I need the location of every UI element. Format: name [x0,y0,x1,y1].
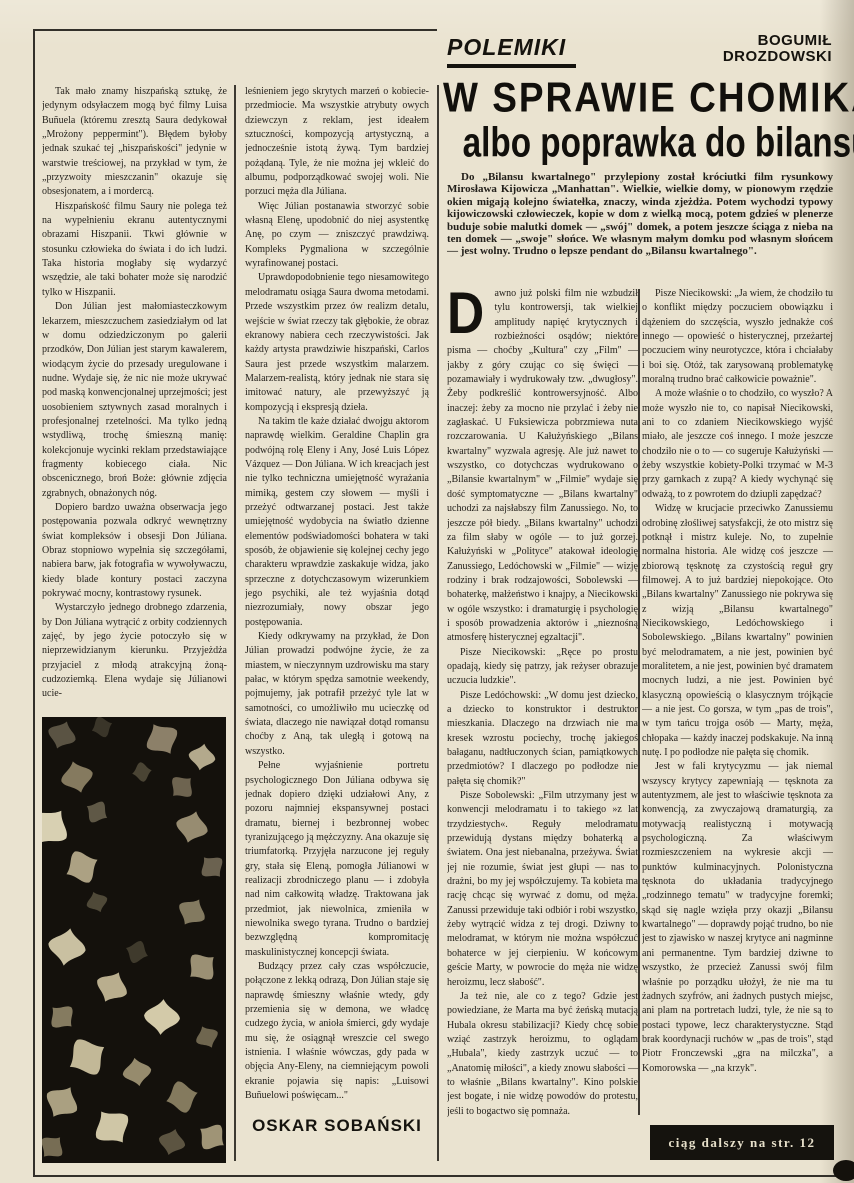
paragraph: Pisze Sobolewski: „Film utrzymany jest w… [447,789,638,990]
page-corner-dot [833,1160,854,1181]
leaves-photo [42,717,226,1163]
paragraph: A może właśnie o to chodziło, co wyszło?… [642,387,833,502]
page-frame-left [33,29,35,1177]
drop-cap: D [447,290,484,336]
paragraph: Ja też nie, ale co z tego? Gdzie jest po… [447,990,638,1119]
left-article-column-1: Tak mało znamy hiszpańską sztukę, że jed… [42,85,227,715]
lead-paragraph: Dawno już polski film nie wzbudził tylu … [447,287,638,646]
paragraph: Kiedy odkrywamy na przykład, że Don Júli… [245,630,429,759]
headline-line2: albo poprawka do bilansu [463,117,816,169]
leaves-photo-art [42,717,226,1163]
author-last-name: DROZDOWSKI [723,49,832,65]
continuation-notice: ciąg dalszy na str. 12 [650,1125,834,1160]
author-first-name: BOGUMIŁ [723,33,832,49]
author-byline: BOGUMIŁ DROZDOWSKI [723,33,832,65]
intro-paragraph: Do „Bilansu kwartalnego" przylepiony zos… [447,171,833,258]
paragraph: Wystarczyło jednego drobnego zdarzenia, … [42,601,227,701]
column-rule-right [638,289,640,1115]
paragraph: Don Júlian jest małomiasteczkowym lekarz… [42,300,227,501]
left-article-signature: OSKAR SOBAŃSKI [245,1116,429,1136]
column-rule-left [234,85,236,1161]
article-headline: W SPRAWIE CHOMIKA albo poprawka do bilan… [443,76,835,166]
section-label: POLEMIKI [447,34,576,68]
column-rule-center [437,85,439,1161]
article-intro: Do „Bilansu kwartalnego" przylepiony zos… [447,171,833,283]
magazine-page: POLEMIKI BOGUMIŁ DROZDOWSKI W SPRAWIE CH… [0,0,854,1183]
right-article-column-1: Dawno już polski film nie wzbudził tylu … [447,287,638,1163]
paragraph: Na takim tle każe działać dwojgu aktorom… [245,415,429,630]
right-article-column-2: Pisze Niecikowski: „Ja wiem, że chodziło… [642,287,833,1119]
paragraph: Widzę w krucjacie przeciwko Zanussiemu o… [642,502,833,760]
paragraph: Pełne wyjaśnienie portretu psychologiczn… [245,759,429,960]
paragraph: Pisze Niecikowski: „Ja wiem, że chodziło… [642,287,833,387]
paragraph: Więc Júlian postanawia stworzyć sobie wł… [245,200,429,272]
page-frame-bottom [33,1175,846,1177]
paragraph: Jest w fali krytycyzmu — jak niemal wszy… [642,760,833,1076]
page-frame-top [33,29,437,31]
paragraph: Uprawdopodobnienie tego niesamowitego me… [245,271,429,414]
paragraph: Tak mało znamy hiszpańską sztukę, że jed… [42,85,227,200]
paragraph: Pisze Ledóchowski: „W domu jest dziecko,… [447,689,638,789]
left-article-column-2: leśnieniem jego skrytych marzeń o kobiec… [245,85,429,1113]
paragraph: Hiszpańskość filmu Saury nie polega też … [42,200,227,300]
headline-line1: W SPRAWIE CHOMIKA [443,73,835,122]
paragraph: Pisze Niecikowski: „Ręce po prostu opada… [447,646,638,689]
paragraph: leśnieniem jego skrytych marzeń o kobiec… [245,85,429,200]
paragraph: Budzący przez cały czas współczucie, poł… [245,960,429,1103]
paragraph: Dopiero bardzo uważna obserwacja jego po… [42,501,227,601]
